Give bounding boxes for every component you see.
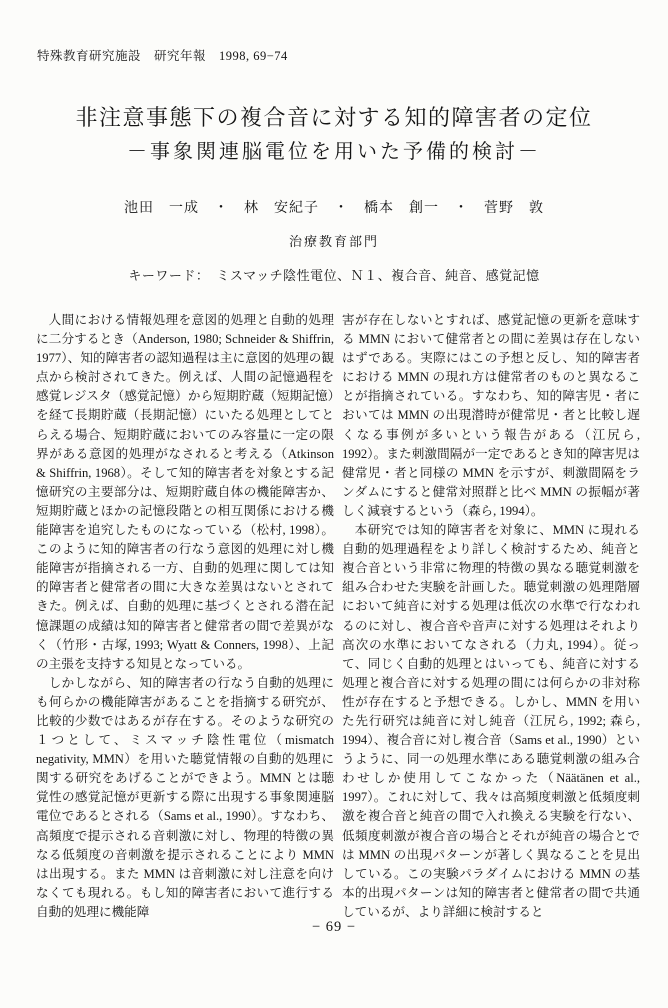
affiliation: 治療教育部門 (0, 231, 668, 250)
page-number: − 69 − (0, 919, 668, 936)
paragraph: しかしながら、知的障害者の行なう自動的処理にも何らかの機能障害があることを指摘す… (36, 674, 334, 922)
authors-line: 池田 一成 ・ 林 安紀子 ・ 橋本 創一 ・ 菅野 敦 (0, 197, 668, 217)
body-right-column: 害が存在しないとすれば、感覚記憶の更新を意味する MMN において健常者との間に… (342, 311, 640, 922)
scanned-paper-page: 特殊教育研究施設 研究年報 1998, 69−74 非注意事態下の複合音に対する… (0, 0, 668, 1008)
keywords-line: キーワード： ミスマッチ陰性電位、Ｎ１、複合音、純音、感覚記憶 (0, 265, 668, 284)
paper-subtitle: －事象関連脳電位を用いた予備的検討－ (0, 135, 668, 164)
paper-title: 非注意事態下の複合音に対する知的障害者の定位 (0, 101, 668, 132)
journal-header: 特殊教育研究施設 研究年報 1998, 69−74 (37, 46, 288, 64)
paragraph: 本研究では知的障害者を対象に、MMN に現れる自動的処理過程をより詳しく検討する… (342, 521, 640, 922)
paragraph: 害が存在しないとすれば、感覚記憶の更新を意味する MMN において健常者との間に… (342, 311, 640, 521)
body-left-column: 人間における情報処理を意図的処理と自動的処理に二分するとき（Anderson, … (36, 311, 334, 922)
paragraph: 人間における情報処理を意図的処理と自動的処理に二分するとき（Anderson, … (36, 311, 334, 674)
